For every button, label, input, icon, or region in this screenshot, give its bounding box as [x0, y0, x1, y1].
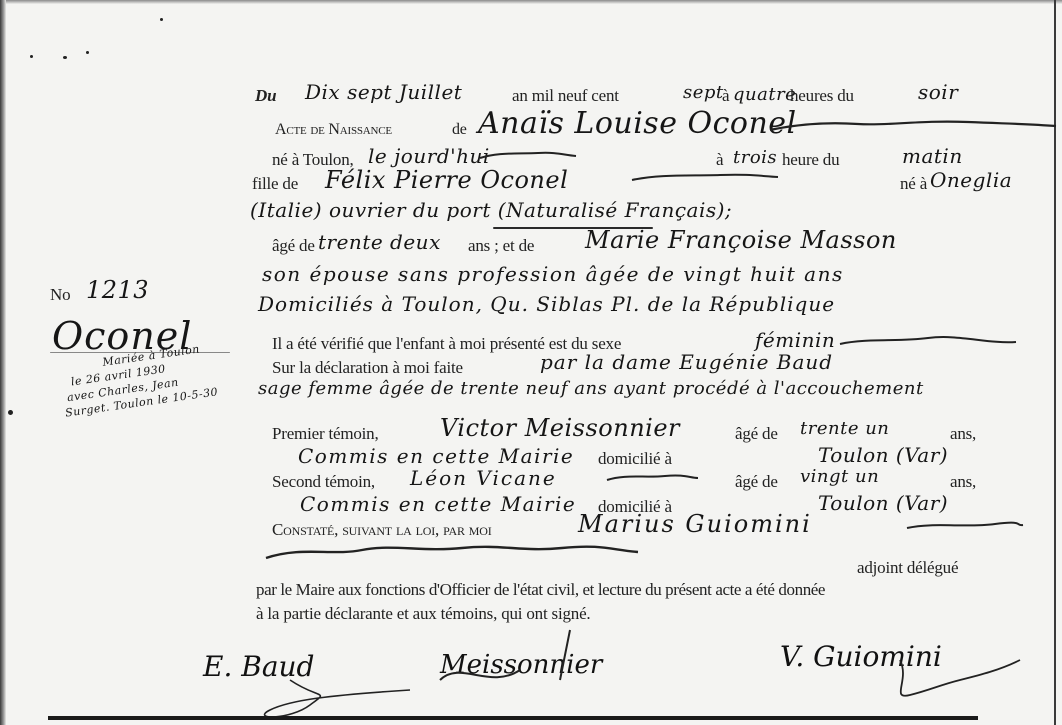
- page-left-edge: [0, 0, 6, 725]
- first-witness-age-label: âgé de: [735, 424, 778, 444]
- signature-flourish: [230, 650, 430, 720]
- acte-father-details: (Italie) ouvrier du port (Naturalisé Fra…: [250, 198, 732, 222]
- second-witness-age: vingt un: [800, 466, 879, 487]
- bottom-rule: [48, 716, 978, 720]
- signature-flourish: [880, 640, 1040, 710]
- second-witness-ans: ans,: [950, 472, 976, 492]
- acte-domicile: Domiciliés à Toulon, Qu. Siblas Pl. de l…: [258, 292, 835, 316]
- ink-speck: [63, 56, 67, 59]
- ink-speck: [30, 55, 33, 58]
- acte-father-name: Félix Pierre Oconel: [325, 166, 568, 194]
- header-date-day: Dix sept Juillet: [305, 80, 462, 104]
- closing-line-1: par le Maire aux fonctions d'Officier de…: [256, 580, 825, 600]
- acte-label: Acte de Naissance: [275, 121, 392, 139]
- filler-flourish: [262, 540, 642, 564]
- declarant-name: par la dame Eugénie Baud: [540, 350, 833, 374]
- acte-birth-hour: trois: [733, 147, 777, 168]
- margin-number-value: 1213: [86, 276, 149, 304]
- first-witness-domicile-label: domicilié à: [598, 449, 672, 469]
- adjoint-label: adjoint délégué: [857, 558, 958, 578]
- acte-father-age: trente deux: [318, 230, 441, 254]
- header-period: soir: [918, 80, 958, 104]
- acte-fils-de: fille de: [252, 174, 298, 194]
- first-witness-domicile: Toulon (Var): [818, 443, 948, 467]
- header-a: à: [722, 86, 729, 106]
- verification-sex: féminin: [755, 328, 835, 352]
- acte-ne-a-father: né à: [900, 174, 927, 194]
- header-year: sept: [683, 82, 724, 103]
- filler-flourish: [478, 146, 578, 166]
- first-witness-label: Premier témoin,: [272, 424, 379, 444]
- second-witness-domicile: Toulon (Var): [818, 491, 948, 515]
- declarant-details: sage femme âgée de trente neuf ans ayant…: [258, 378, 924, 399]
- first-witness-occupation: Commis en cette Mairie: [298, 444, 574, 468]
- header-hour: quatre: [733, 84, 796, 105]
- acte-birth-period: matin: [902, 144, 963, 168]
- acte-mother-details: son épouse sans profession âgée de vingt…: [262, 262, 844, 286]
- acte-ans-et-de: ans ; et de: [468, 236, 534, 256]
- acte-a: à: [716, 150, 723, 170]
- acte-heure-du: heure du: [782, 150, 839, 170]
- acte-de: de: [452, 121, 467, 139]
- ink-speck: [86, 51, 89, 54]
- ink-speck: [160, 18, 163, 21]
- second-witness-occupation: Commis en cette Mairie: [300, 492, 576, 516]
- acte-birth-day: le jourd'hui: [368, 144, 490, 168]
- header-heures-du: heures du: [790, 86, 854, 106]
- margin-dot: [8, 410, 13, 415]
- second-witness-label: Second témoin,: [272, 472, 375, 492]
- filler-flourish: [605, 470, 700, 486]
- filler-flourish: [838, 332, 1018, 352]
- birth-certificate-page: No 1213 Oconel Mariée à Toulon le 26 avr…: [0, 0, 1062, 725]
- filler-flourish: [768, 116, 1058, 136]
- acte-mother-name: Marie Françoise Masson: [585, 226, 897, 254]
- acte-child-name: Anaïs Louise Oconel: [478, 106, 797, 141]
- constate-label: Constaté, suivant la loi, par moi: [272, 520, 492, 540]
- first-witness-ans: ans,: [950, 424, 976, 444]
- second-witness-name: Léon Vicane: [410, 466, 557, 490]
- first-witness-age: trente un: [800, 418, 889, 439]
- second-witness-age-label: âgé de: [735, 472, 778, 492]
- acte-age-de: âgé de: [272, 236, 315, 256]
- header-du: Du: [255, 86, 276, 106]
- filler-flourish: [905, 516, 1025, 536]
- header-an-mil: an mil neuf cent: [512, 86, 619, 106]
- page-right-border: [1054, 0, 1056, 725]
- first-witness-name: Victor Meissonnier: [440, 414, 680, 442]
- filler-flourish: [630, 168, 780, 188]
- page-top-edge: [0, 0, 1062, 4]
- officer-name: Marius Guiomini: [578, 510, 812, 538]
- acte-father-birthplace: Oneglia: [930, 168, 1012, 192]
- signature-flourish: [420, 620, 620, 710]
- margin-number-label: No: [50, 285, 70, 305]
- declaration-label: Sur la déclaration à moi faite: [272, 358, 463, 378]
